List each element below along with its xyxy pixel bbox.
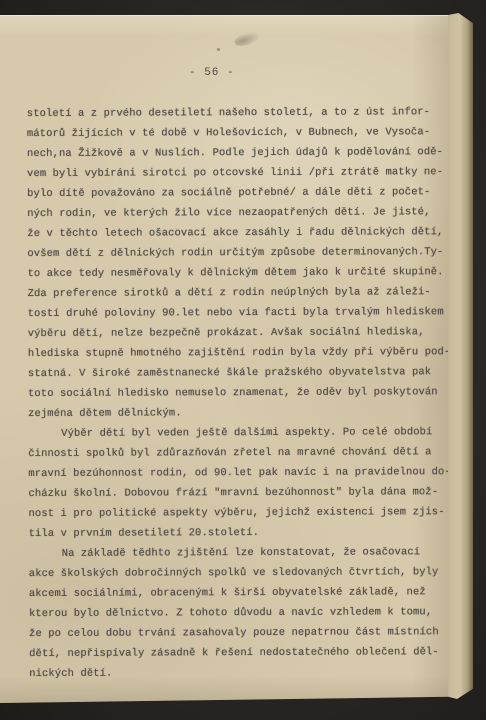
text-line: toto sociální hledisko nemuselo znamenat… (28, 382, 452, 404)
text-line: hlediska stupně hmotného zajištění rodin… (28, 342, 452, 364)
text-line: zejména dětem dělnickým. (28, 402, 452, 424)
text-line: to akce tedy nesměřovaly k dělnickým dět… (27, 262, 451, 284)
document-page: - 56 - století a z prvého desetiletí naš… (0, 15, 448, 703)
scan-smudge (233, 29, 261, 48)
text-line: století a z prvého desetiletí našeho sto… (27, 102, 451, 124)
scan-speck (217, 48, 220, 51)
text-line: nech,na Žižkově a v Nuslích. Podle jejic… (27, 142, 451, 164)
text-line: cházku školní. Dobovou frází "mravní bez… (28, 482, 452, 504)
body-text: století a z prvého desetiletí našeho sto… (27, 102, 454, 684)
page-number: - 56 - (189, 67, 235, 79)
text-line: vem byli vybíráni sirotci po otcovské li… (27, 162, 451, 184)
text-line: že v těchto letech ošacovací akce zasáhl… (27, 222, 451, 244)
text-line: ných rodin, ve kterých žilo více nezaopa… (27, 202, 451, 224)
text-line: mátorů žijících v té době v Holešovicích… (27, 122, 451, 144)
text-line: ovšem dětí z dělnických rodin určitým zp… (27, 242, 451, 264)
text-line: nických dětí. (29, 662, 453, 684)
text-line: tostí druhé poloviny 90.let nebo via fac… (28, 302, 452, 324)
text-line: Výběr dětí byl veden ještě dalšími aspek… (28, 422, 452, 444)
text-line: výběru dětí, nelze bezpečně prokázat. Av… (28, 322, 452, 344)
page-stack-edge (444, 13, 473, 699)
text-line: Zda preference sirotků a dětí z rodin ne… (28, 282, 452, 304)
scanned-book-photo: - 56 - století a z prvého desetiletí naš… (0, 0, 486, 720)
text-line: akce školských dobročinných spolků ve sl… (29, 562, 453, 584)
text-line: statná. V široké zaměstnanecké škále pra… (28, 362, 452, 384)
text-line: bylo dítě považováno za sociálně potřebn… (27, 182, 451, 204)
text-line: mravní bezúhonnost rodin, od 90.let pak … (28, 462, 452, 484)
text-line: že po celou dobu trvání zasahovaly pouze… (29, 622, 453, 644)
text-line: činnosti spolků byl zdůrazňován zřetel n… (28, 442, 452, 464)
text-line: akcemi sociálními, obracenými k širší ob… (29, 582, 453, 604)
text-line: tila v prvním desetiletí 20.století. (29, 522, 453, 544)
text-line: Na základě tědhto zjištění lze konstatov… (29, 542, 453, 564)
text-line: kterou bylo dělnictvo. Z tohoto důvodu a… (29, 602, 453, 624)
text-line: nost i pro politické aspekty výběru, jej… (28, 502, 452, 524)
text-line: dětí, nepřispívaly zásadně k řešení nedo… (29, 642, 453, 664)
